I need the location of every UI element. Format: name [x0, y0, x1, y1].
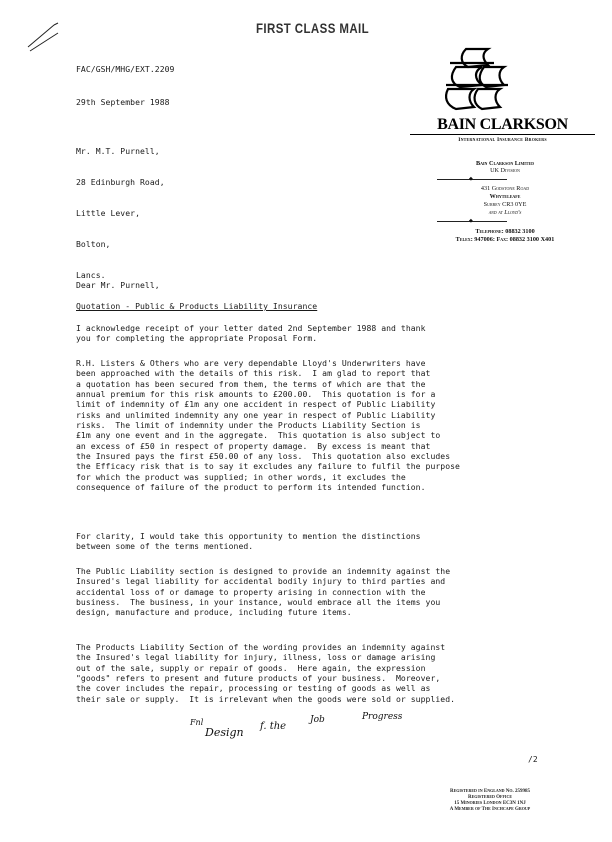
- recipient-address: Mr. M.T. Purnell, 28 Edinburgh Road, Lit…: [76, 125, 165, 291]
- brand-underline: [410, 134, 595, 135]
- handwritten-word: Fnl: [190, 718, 203, 727]
- body-paragraph: The Public Liability section is designed…: [76, 566, 450, 618]
- handwritten-word: Job: [310, 715, 325, 725]
- brand-tagline: International Insurance Brokers: [410, 137, 595, 143]
- diamond-ornament-icon: ◆: [469, 219, 473, 224]
- salutation: Dear Mr. Purnell,: [76, 280, 160, 290]
- reference-number: FAC/GSH/MHG/EXT.2209: [76, 64, 174, 74]
- footer-registered-office: Registered Office: [410, 795, 570, 801]
- pen-scribble-mark: [24, 15, 64, 65]
- handwritten-word: f. the: [260, 721, 286, 732]
- company-telex-fax: Telex: 947006: Fax: 08832 3100 X401: [400, 236, 610, 243]
- handwritten-word: Progress: [362, 712, 402, 722]
- address-line: Mr. M.T. Purnell,: [76, 146, 165, 156]
- footer-office-address: 15 Minories London EC3N 1NJ: [410, 801, 570, 807]
- address-line: Little Lever,: [76, 208, 165, 218]
- company-telephone: Telephone: 08832 3100: [400, 228, 610, 235]
- company-division: UK Division: [400, 167, 610, 174]
- body-paragraph: The Products Liability Section of the wo…: [76, 642, 455, 704]
- company-logo: [420, 45, 610, 117]
- first-class-mail-stamp: FIRST CLASS MAIL: [256, 20, 369, 36]
- brand-name: BAIN CLARKSON: [410, 116, 595, 134]
- sailing-ship-icon: [438, 45, 518, 117]
- body-paragraph: R.H. Listers & Others who are very depen…: [76, 358, 460, 492]
- footer-group-membership: A Member of The Inchcape Group: [410, 807, 570, 813]
- subject-line: Quotation - Public & Products Liability …: [76, 301, 317, 311]
- address-line: Bolton,: [76, 239, 165, 249]
- address-line: 28 Edinburgh Road,: [76, 177, 165, 187]
- handwritten-word: Design: [205, 726, 244, 739]
- body-paragraph: For clarity, I would take this opportuni…: [76, 531, 421, 552]
- company-address: 431 Godstone Road: [400, 185, 610, 192]
- letter-date: 29th September 1988: [76, 97, 170, 107]
- address-line: Lancs.: [76, 270, 165, 280]
- company-town: Whyteleafe: [400, 193, 610, 200]
- company-lloyds: and at Lloyd's: [400, 209, 610, 216]
- body-paragraph: I acknowledge receipt of your letter dat…: [76, 323, 426, 344]
- company-county: Surrey CR3 0YE: [400, 201, 610, 208]
- page-continuation-marker: /2: [528, 755, 538, 765]
- footer-registration: Registered in England No. 259985: [410, 789, 570, 795]
- diamond-ornament-icon: ◆: [469, 177, 473, 182]
